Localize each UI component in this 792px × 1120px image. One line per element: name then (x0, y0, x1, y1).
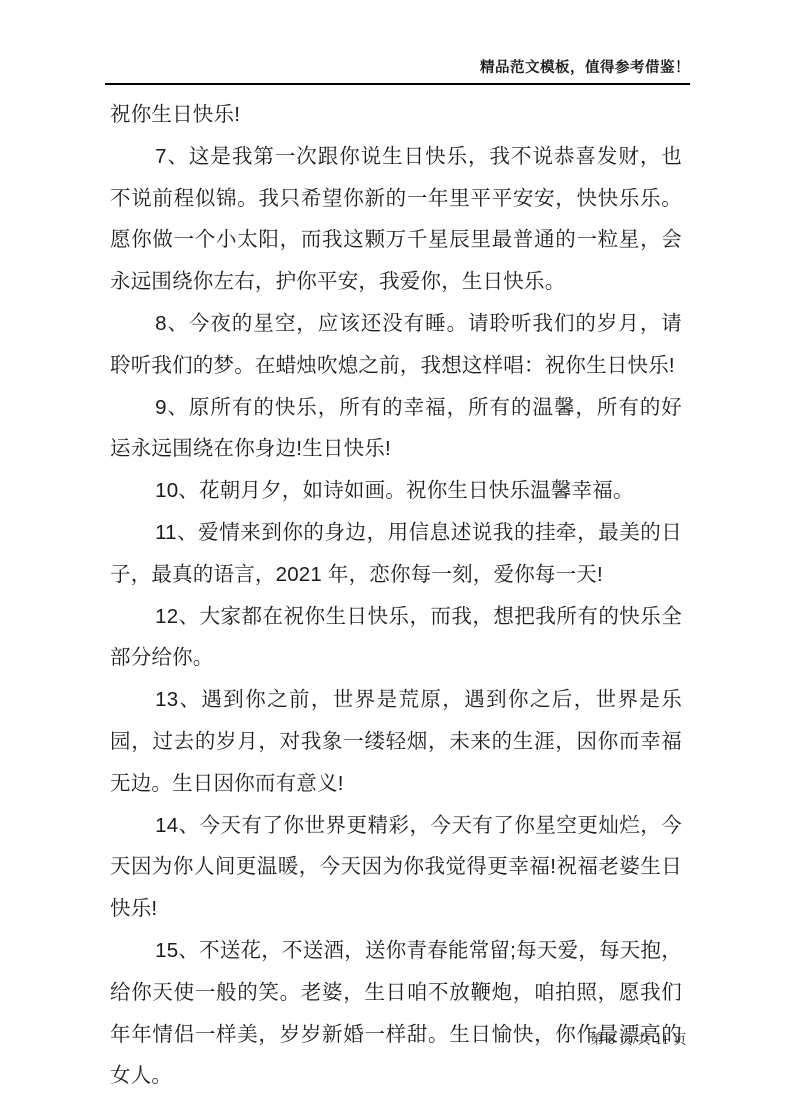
header-divider (105, 83, 690, 85)
page-header: 精品范文模板，值得参考借鉴！ (105, 58, 690, 78)
paragraph: 15、不送花，不送酒，送你青春能常留;每天爱，每天抱，给你天使一般的笑。老婆，生… (110, 930, 682, 1097)
paragraph: 7、这是我第一次跟你说生日快乐，我不说恭喜发财，也不说前程似锦。我只希望你新的一… (110, 136, 682, 303)
page-footer: 第 6 页/共 11 页 (105, 1028, 687, 1049)
document-page: 精品范文模板，值得参考借鉴！ 祝你生日快乐! 7、这是我第一次跟你说生日快乐，我… (0, 0, 792, 1120)
header-slogan: 精品范文模板，值得参考借鉴！ (480, 60, 690, 76)
paragraph: 11、爱情来到你的身边，用信息述说我的挂牵，最美的日子，最真的语言，2021 年… (110, 512, 682, 596)
paragraph: 8、今夜的星空，应该还没有睡。请聆听我们的岁月，请聆听我们的梦。在蜡烛吹熄之前，… (110, 303, 682, 387)
paragraph: 9、原所有的快乐，所有的幸福，所有的温馨，所有的好运永远围绕在你身边!生日快乐! (110, 387, 682, 471)
document-body: 祝你生日快乐! 7、这是我第一次跟你说生日快乐，我不说恭喜发财，也不说前程似锦。… (110, 94, 682, 1097)
paragraph: 祝你生日快乐! (110, 94, 682, 136)
paragraph: 10、花朝月夕，如诗如画。祝你生日快乐温馨幸福。 (110, 470, 682, 512)
paragraph: 12、大家都在祝你生日快乐，而我，想把我所有的快乐全部分给你。 (110, 596, 682, 680)
paragraph: 13、遇到你之前，世界是荒原，遇到你之后，世界是乐园，过去的岁月，对我象一缕轻烟… (110, 679, 682, 804)
paragraph: 14、今天有了你世界更精彩，今天有了你星空更灿烂，今天因为你人间更温暖，今天因为… (110, 805, 682, 930)
page-number: 第 6 页/共 11 页 (590, 1032, 687, 1047)
